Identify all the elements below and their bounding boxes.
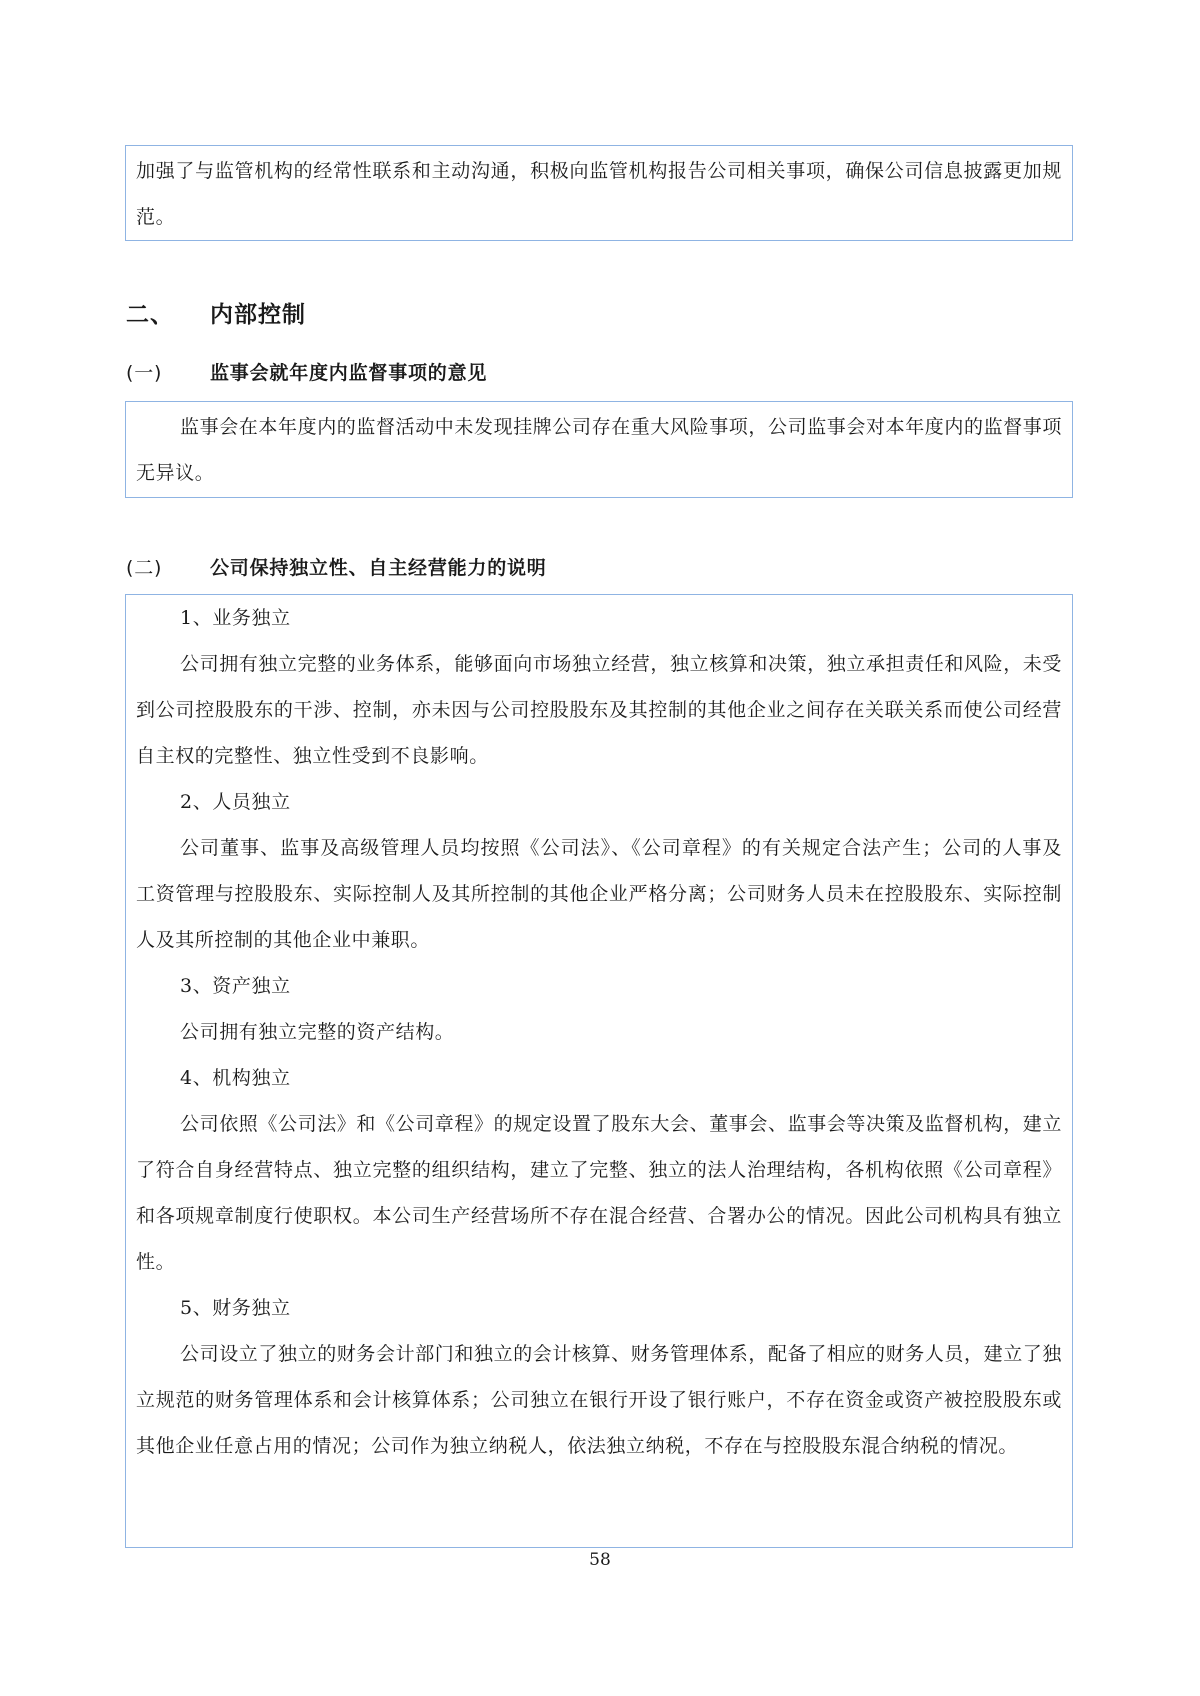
item-4-heading: 4、机构独立	[136, 1055, 1062, 1101]
item-1-body: 公司拥有独立完整的业务体系，能够面向市场独立经营，独立核算和决策，独立承担责任和…	[136, 641, 1062, 779]
section-number: 二、	[126, 296, 210, 329]
item-2-body: 公司董事、监事及高级管理人员均按照《公司法》、《公司章程》的有关规定合法产生；公…	[136, 825, 1062, 963]
item-3-heading: 3、资产独立	[136, 963, 1062, 1009]
continuation-text-box: 加强了与监管机构的经常性联系和主动沟通，积极向监管机构报告公司相关事项，确保公司…	[125, 145, 1073, 241]
item-4-body: 公司依照《公司法》和《公司章程》的规定设置了股东大会、董事会、监事会等决策及监督…	[136, 1101, 1062, 1285]
subsection-1-title: 监事会就年度内监督事项的意见	[210, 362, 487, 384]
independence-box: 1、业务独立 公司拥有独立完整的业务体系，能够面向市场独立经营，独立核算和决策，…	[125, 594, 1073, 1548]
item-5-body: 公司设立了独立的财务会计部门和独立的会计核算、财务管理体系，配备了相应的财务人员…	[136, 1331, 1062, 1469]
document-page: 加强了与监管机构的经常性联系和主动沟通，积极向监管机构报告公司相关事项，确保公司…	[0, 0, 1200, 1696]
item-2-heading: 2、人员独立	[136, 779, 1062, 825]
subsection-1-heading: (一)监事会就年度内监督事项的意见	[126, 358, 487, 385]
supervisory-opinion-box: 监事会在本年度内的监督活动中未发现挂牌公司存在重大风险事项，公司监事会对本年度内…	[125, 401, 1073, 498]
subsection-2-title: 公司保持独立性、自主经营能力的说明	[210, 557, 547, 579]
item-1-heading: 1、业务独立	[136, 595, 1062, 641]
subsection-2-heading: (二)公司保持独立性、自主经营能力的说明	[126, 553, 547, 580]
subsection-2-number: (二)	[126, 553, 210, 580]
subsection-1-number: (一)	[126, 358, 210, 385]
section-heading: 二、内部控制	[126, 296, 306, 329]
item-3-body: 公司拥有独立完整的资产结构。	[136, 1009, 1062, 1055]
section-title: 内部控制	[210, 302, 306, 328]
item-5-heading: 5、财务独立	[136, 1285, 1062, 1331]
page-number: 58	[0, 1550, 1200, 1570]
continuation-paragraph: 加强了与监管机构的经常性联系和主动沟通，积极向监管机构报告公司相关事项，确保公司…	[136, 148, 1062, 240]
supervisory-opinion-paragraph: 监事会在本年度内的监督活动中未发现挂牌公司存在重大风险事项，公司监事会对本年度内…	[136, 404, 1062, 496]
